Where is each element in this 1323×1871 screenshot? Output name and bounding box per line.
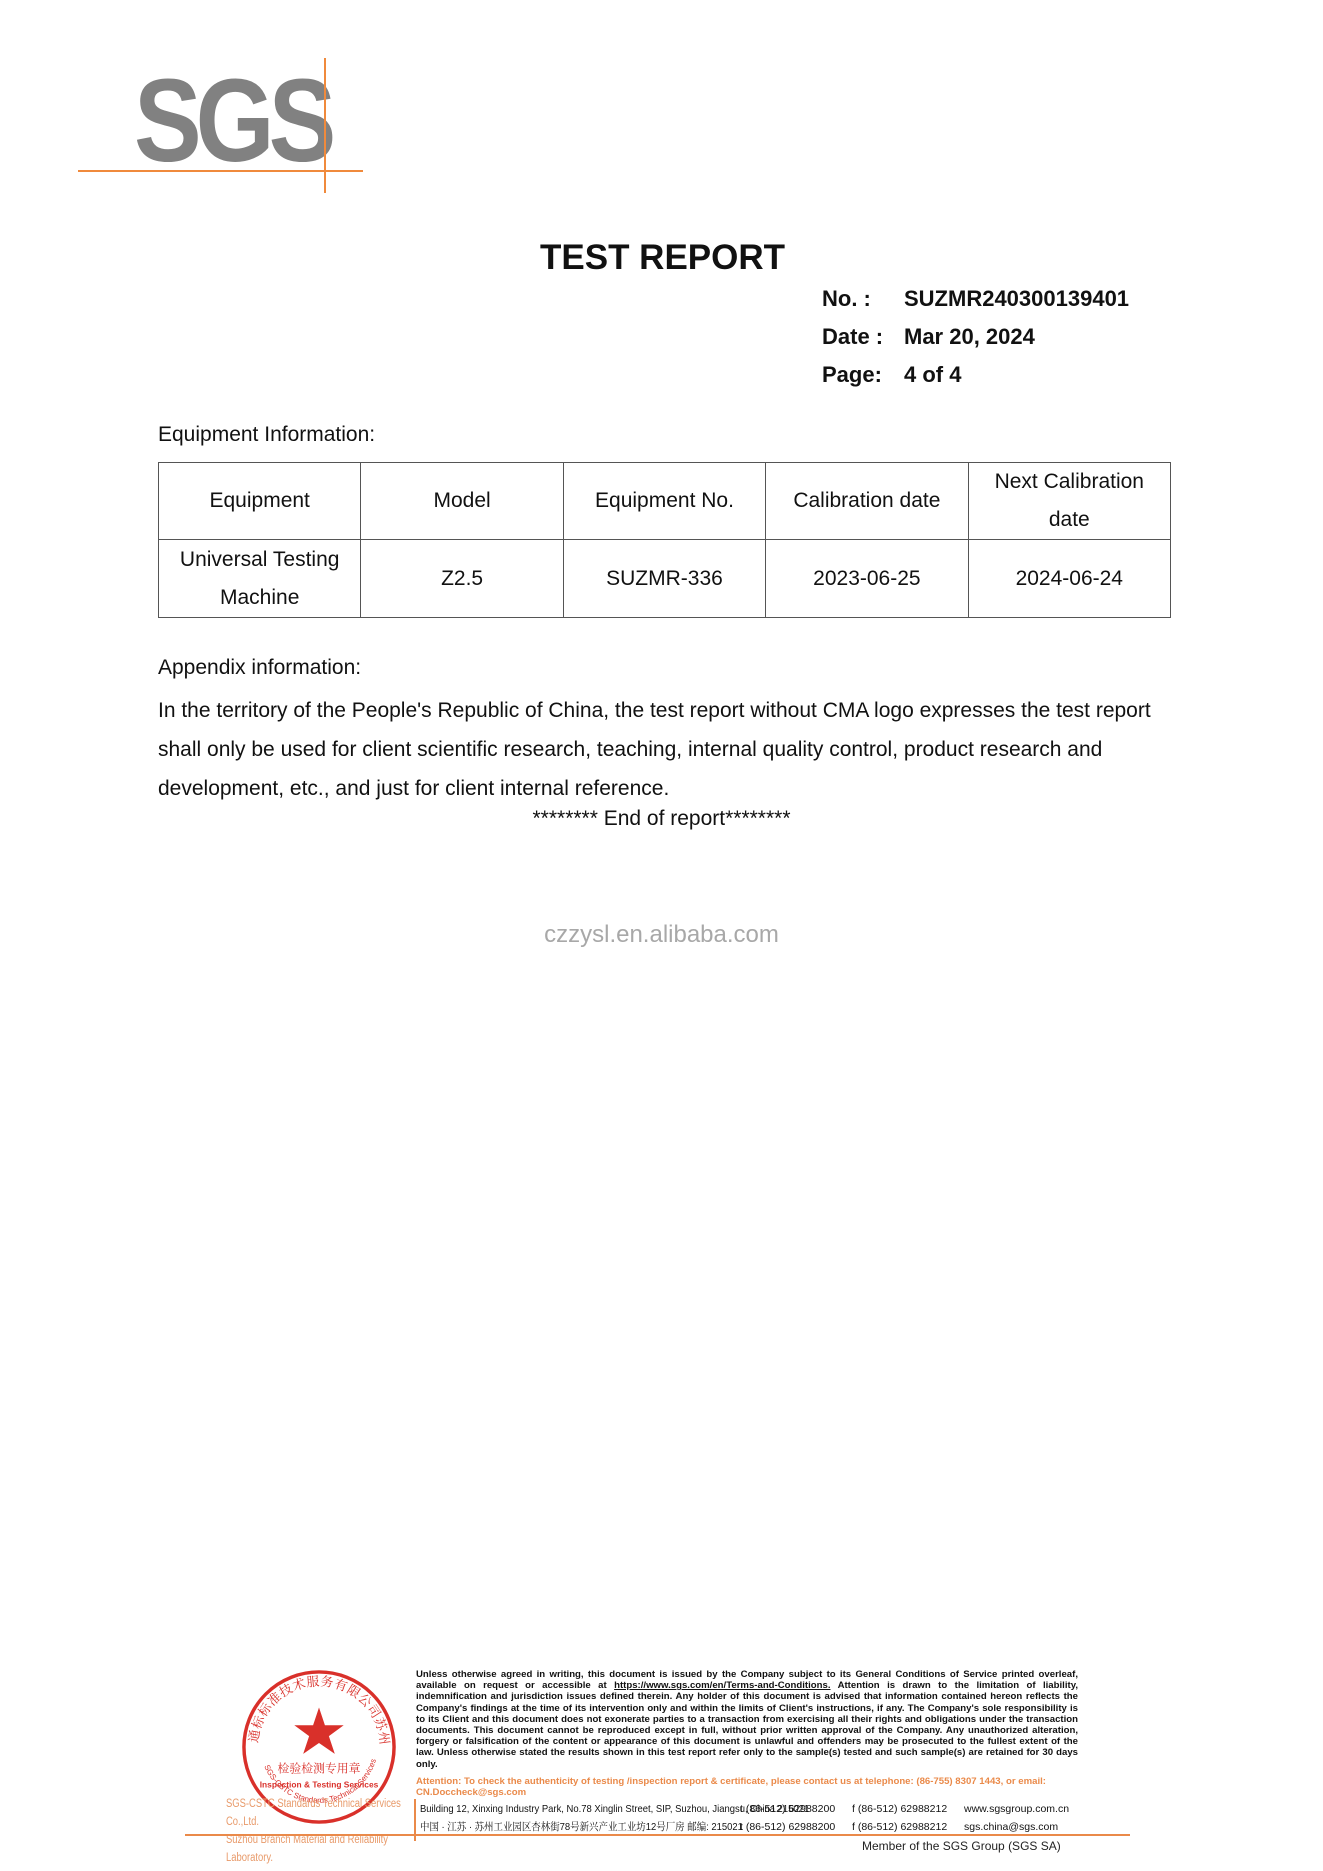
watermark: czzysl.en.alibaba.com — [0, 921, 1323, 949]
equipment-no-cell: SUZMR-336 — [563, 540, 765, 618]
sgs-logo-text: SGS — [134, 62, 330, 180]
table-row: Universal Testing Machine Z2.5 SUZMR-336… — [159, 540, 1171, 618]
legal-text-part: Attention is drawn to the limitation of … — [416, 1680, 1078, 1769]
appendix-text: In the territory of the People's Republi… — [158, 691, 1178, 808]
column-header: Next Calibration date — [968, 463, 1170, 540]
model-cell: Z2.5 — [361, 540, 563, 618]
report-number-row: No. : SUZMR240300139401 — [822, 280, 1129, 318]
page-title: TEST REPORT — [540, 238, 785, 278]
svg-text:检验检测专用章: 检验检测专用章 — [278, 1762, 361, 1776]
address-row-en: Building 12, Xinxing Industry Park, No.7… — [420, 1800, 1069, 1818]
terms-link[interactable]: https://www.sgs.com/en/Terms-and-Conditi… — [614, 1680, 830, 1691]
report-date-label: Date : — [822, 318, 904, 356]
sgs-logo: SGS — [78, 58, 363, 193]
equipment-table: Equipment Model Equipment No. Calibratio… — [158, 462, 1171, 618]
website-link[interactable]: www.sgsgroup.com.cn — [964, 1800, 1069, 1818]
column-header: Model — [361, 463, 563, 540]
report-number-label: No. : — [822, 280, 904, 318]
equipment-heading: Equipment Information: — [158, 423, 375, 447]
authenticity-notice: Attention: To check the authenticity of … — [416, 1776, 1081, 1798]
report-page-row: Page: 4 of 4 — [822, 356, 1129, 394]
fax: f (86-512) 62988212 — [852, 1800, 964, 1818]
logo-vertical-line — [324, 58, 326, 193]
company-name-line: SGS-CSTC Standards Technical Services Co… — [226, 1795, 423, 1831]
report-page-value: 4 of 4 — [904, 356, 961, 394]
column-header: Equipment — [159, 463, 361, 540]
appendix-heading: Appendix information: — [158, 656, 361, 680]
address-block: Building 12, Xinxing Industry Park, No.7… — [420, 1800, 1069, 1836]
report-date-value: Mar 20, 2024 — [904, 318, 1035, 356]
calibration-date-cell: 2023-06-25 — [766, 540, 968, 618]
member-note: Member of the SGS Group (SGS SA) — [862, 1839, 1061, 1853]
logo-horizontal-line — [78, 170, 363, 172]
legal-disclaimer: Unless otherwise agreed in writing, this… — [416, 1669, 1078, 1770]
end-of-report: ******** End of report******** — [0, 807, 1323, 831]
company-branch-line: Suzhou Branch Material and Reliability L… — [226, 1831, 423, 1867]
report-number-value: SUZMR240300139401 — [904, 280, 1129, 318]
equipment-table-header: Equipment Model Equipment No. Calibratio… — [159, 463, 1171, 540]
next-calibration-date-cell: 2024-06-24 — [968, 540, 1170, 618]
footer-divider — [185, 1834, 1130, 1836]
company-name-block: SGS-CSTC Standards Technical Services Co… — [226, 1795, 423, 1867]
column-header: Calibration date — [766, 463, 968, 540]
equipment-cell: Universal Testing Machine — [159, 540, 361, 618]
report-meta: No. : SUZMR240300139401 Date : Mar 20, 2… — [822, 280, 1129, 394]
report-date-row: Date : Mar 20, 2024 — [822, 318, 1129, 356]
report-page-label: Page: — [822, 356, 904, 394]
address-text: Building 12, Xinxing Industry Park, No.7… — [420, 1800, 708, 1818]
column-header: Equipment No. — [563, 463, 765, 540]
